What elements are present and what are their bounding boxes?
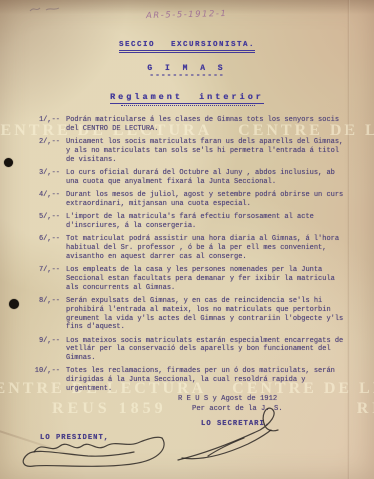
- clause-number: 9/,--: [28, 337, 66, 364]
- section-heading-text: SECCIO EXCURSIONISTA.: [119, 41, 255, 53]
- clause-number: 2/,--: [28, 138, 66, 165]
- clause-text: Tot matriculat podrá assistir una hora d…: [66, 235, 348, 262]
- clause-row: 5/,--L'import de la matricula's fará efe…: [28, 213, 348, 231]
- clause-number: 6/,--: [28, 235, 66, 262]
- clause-text: L'import de la matricula's fará efectiu …: [66, 213, 348, 231]
- clause-text: Los mateixos socis matriculats estarán e…: [66, 337, 348, 364]
- clause-number: 8/,--: [28, 297, 66, 333]
- clause-row: 7/,--Los empleats de la casa y les perso…: [28, 266, 348, 293]
- clause-number: 10/,--: [28, 367, 66, 394]
- clause-row: 3/,--Lo curs oficial durará del Octubre …: [28, 169, 348, 187]
- clause-number: 4/,--: [28, 191, 66, 209]
- section-heading: SECCIO EXCURSIONISTA.: [0, 41, 374, 53]
- clause-text: Unicament los socis matriculats faran us…: [66, 138, 348, 165]
- clause-row: 2/,--Unicament los socis matriculats far…: [28, 138, 348, 165]
- ink-blot: [4, 158, 13, 167]
- title-underline-dashes: -------------: [0, 71, 374, 80]
- clause-text: Serán expulsats del Gimnas, y en cas de …: [66, 297, 348, 333]
- clause-text: Los empleats de la casa y les persones n…: [66, 266, 348, 293]
- clause-number: 5/,--: [28, 213, 66, 231]
- document-page: { "annotation": { "ref": "AR-5-5-1912-1"…: [0, 0, 374, 479]
- secretary-signature: [168, 404, 303, 468]
- clause-text: Podrán matricularse á les clases de Gimn…: [66, 116, 348, 134]
- clause-number: 1/,--: [28, 116, 66, 134]
- clause-text: Lo curs oficial durará del Octubre al Ju…: [66, 169, 348, 187]
- clauses-list: 1/,--Podrán matricularse á les clases de…: [28, 116, 348, 398]
- document-subtitle-text: Reglament interior: [110, 92, 264, 104]
- clause-text: Durant los mesos de juliol, agost y sete…: [66, 191, 348, 209]
- clause-number: 3/,--: [28, 169, 66, 187]
- clause-row: 10/,--Totes les reclamacions, firmades p…: [28, 367, 348, 394]
- ink-blot: [9, 299, 19, 309]
- clause-row: 8/,--Serán expulsats del Gimnas, y en ca…: [28, 297, 348, 333]
- watermark-text: REUS 1859: [357, 400, 374, 417]
- clause-row: 1/,--Podrán matricularse á les clases de…: [28, 116, 348, 134]
- watermark-text: REUS 1859: [52, 400, 167, 417]
- place-date: R E U S y Agost de 1912: [178, 394, 283, 404]
- subtitle-underline-dashes: [121, 105, 255, 106]
- pencil-scribble: [26, 2, 66, 18]
- archive-reference-annotation: AR-5-5-1912-1: [146, 9, 228, 21]
- document-subtitle: Reglament interior: [0, 92, 374, 104]
- clause-row: 9/,--Los mateixos socis matriculats esta…: [28, 337, 348, 364]
- clause-row: 4/,--Durant los mesos de juliol, agost y…: [28, 191, 348, 209]
- president-signature: [16, 426, 171, 476]
- clause-text: Totes les reclamacions, firmades per un …: [66, 367, 348, 394]
- clause-number: 7/,--: [28, 266, 66, 293]
- clause-row: 6/,--Tot matriculat podrá assistir una h…: [28, 235, 348, 262]
